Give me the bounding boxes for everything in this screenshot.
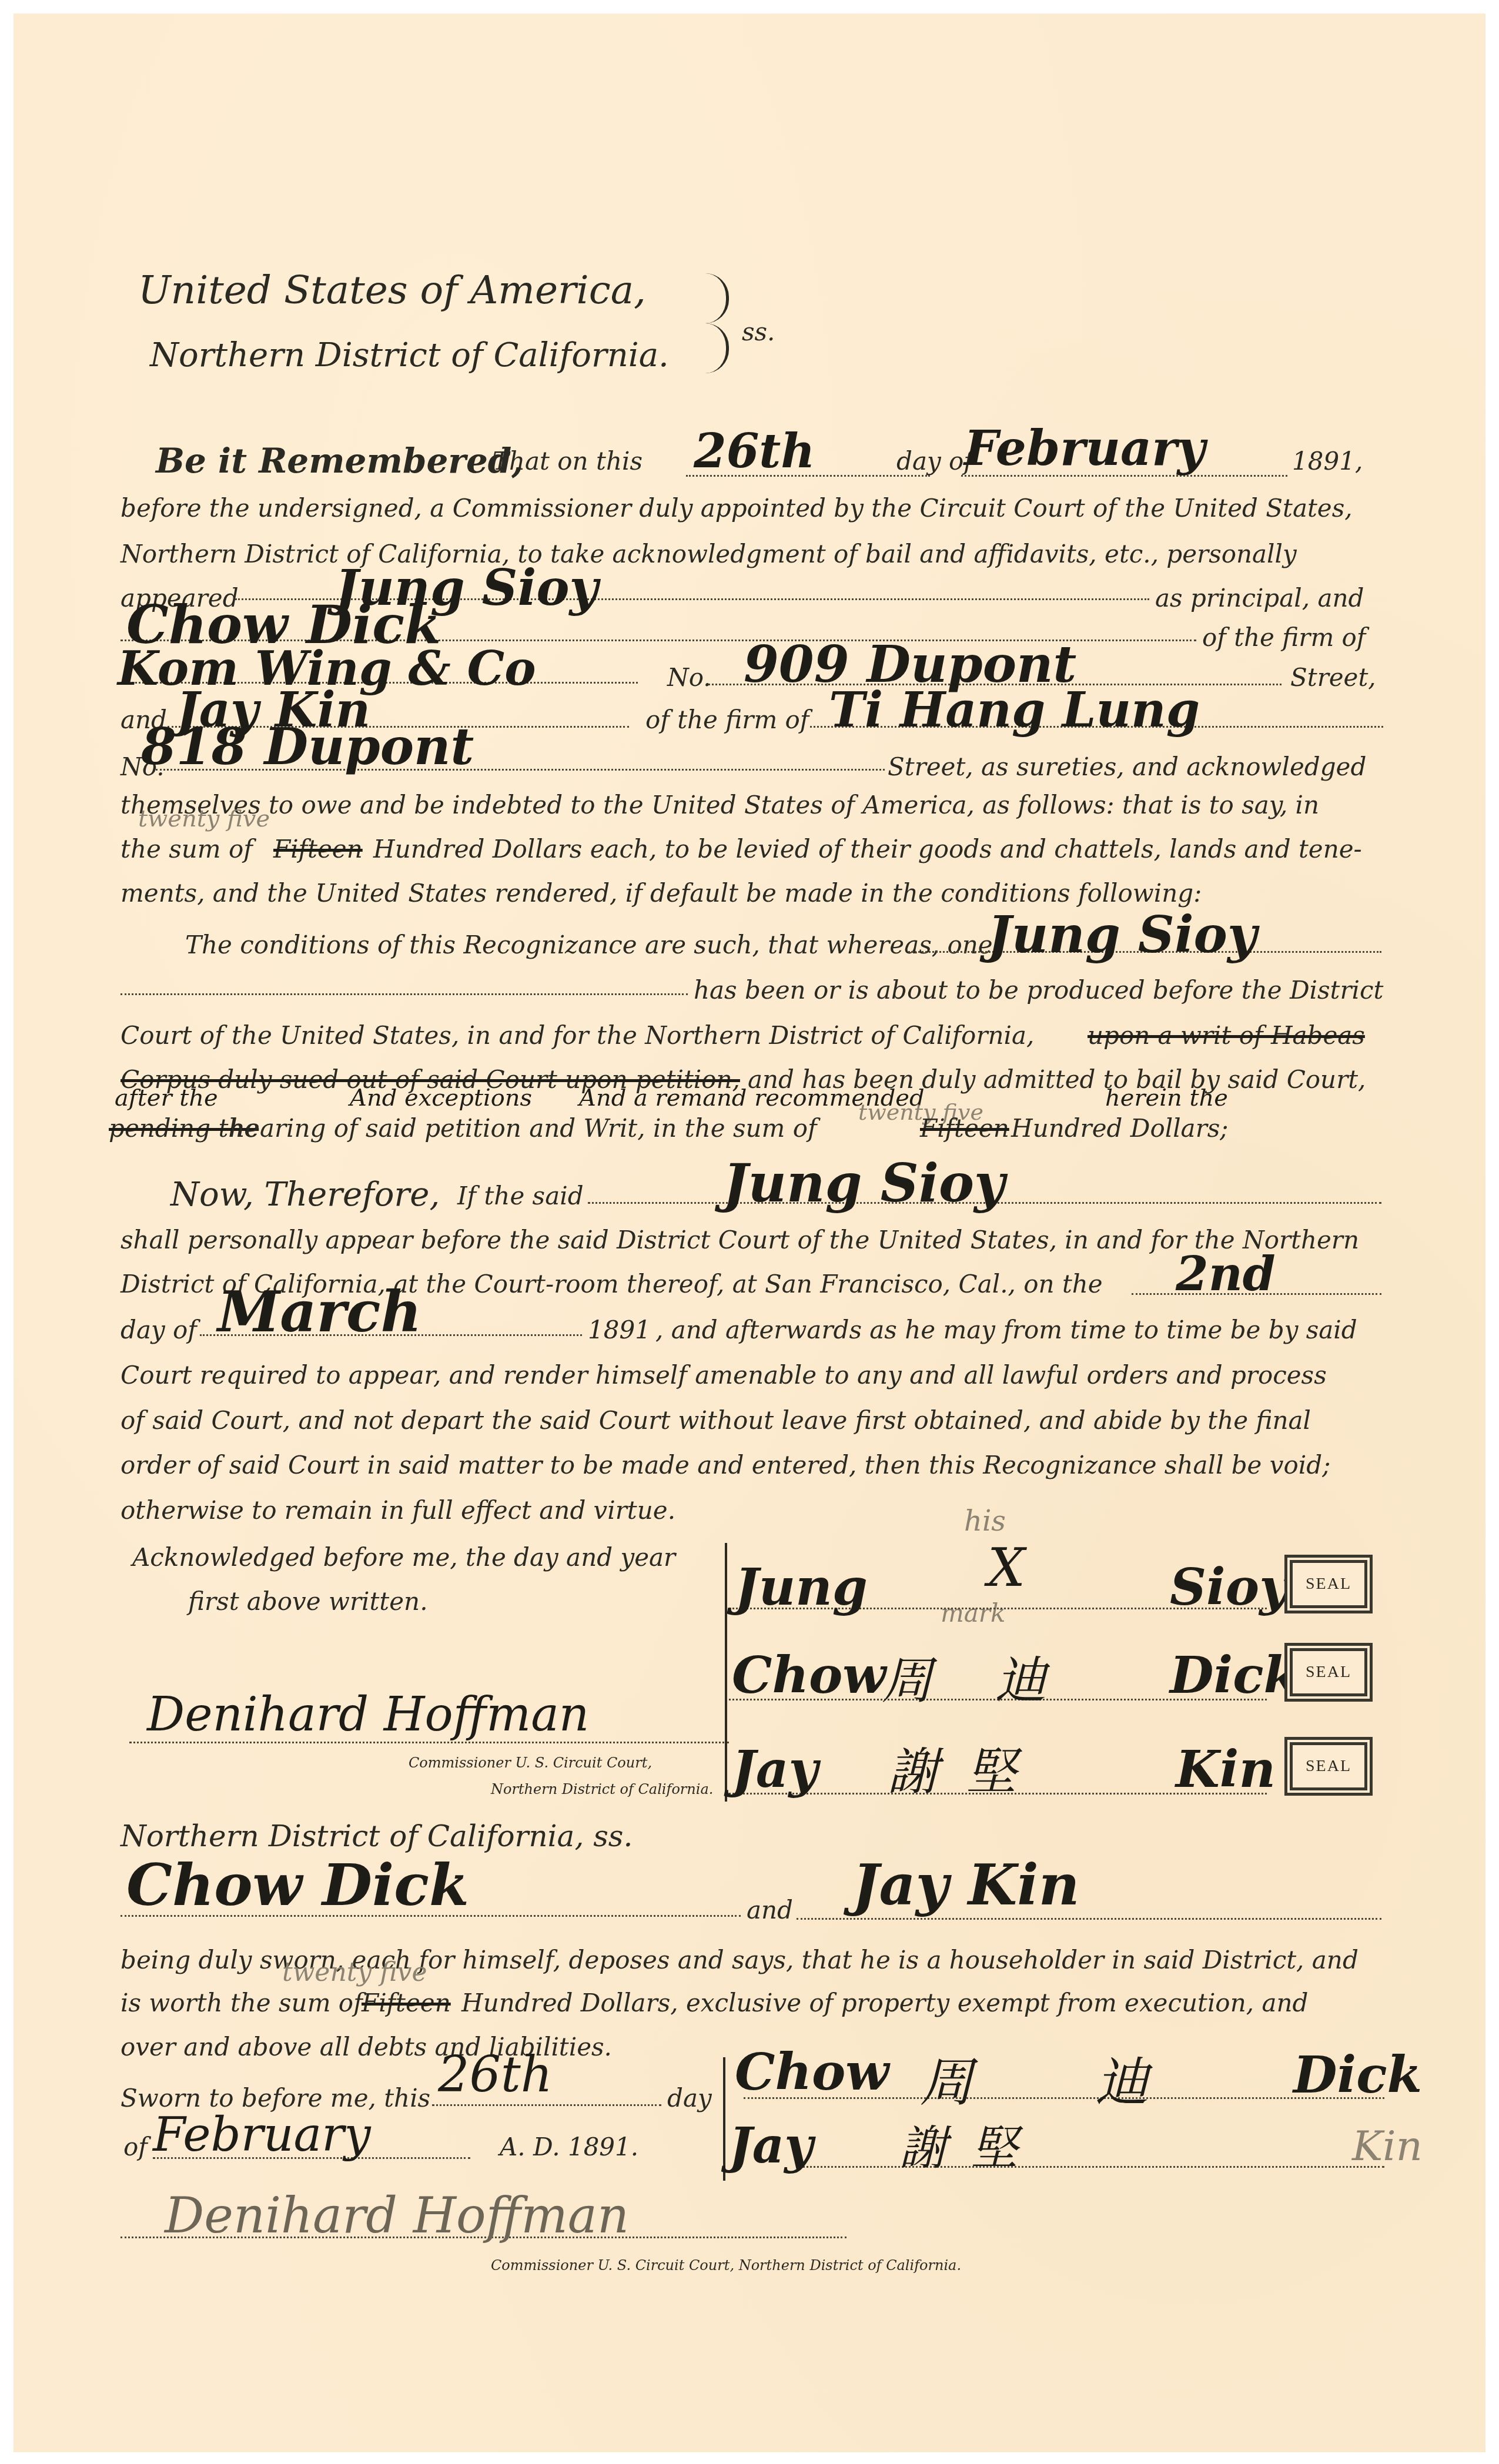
header-ss: ss.	[742, 317, 775, 346]
sworn-year: A. D. 1891.	[500, 2132, 638, 2161]
appear-year: 1891	[588, 1315, 651, 1344]
affidavit-sig2-right: Kin	[1352, 2122, 1423, 2170]
affidavit-commissioner-signature: Denihard Hoffman	[165, 2187, 629, 2244]
interlineation-herein: herein the	[1105, 1084, 1228, 1112]
street-label-1: Street,	[1290, 663, 1376, 692]
no-label-1: No.	[667, 663, 711, 692]
ack-commissioner-signature: Denihard Hoffman	[147, 1687, 589, 1742]
interlineation-after: after the	[115, 1084, 218, 1112]
affidavit-sum-inserted: twenty five	[282, 1957, 427, 1987]
sig2-chinese: 周 迪	[882, 1640, 1069, 1713]
recital-day-of: day of	[896, 447, 973, 476]
sworn-day-label: day	[667, 2084, 712, 2113]
affidavit-sig1-right: Dick	[1293, 2045, 1422, 2105]
ack-title-1: Commissioner U. S. Circuit Court,	[409, 1755, 652, 1771]
affidavit-commissioner-title: Commissioner U. S. Circuit Court, Northe…	[491, 2257, 961, 2274]
produced-line: has been or is about to be produced befo…	[694, 976, 1383, 1005]
header-line-2: Northern District of California.	[150, 336, 669, 374]
therefore-lead: Now, Therefore,	[170, 1176, 440, 1214]
recital-lead: Be it Remembered,	[156, 441, 524, 481]
sworn-of-label: of	[123, 2132, 148, 2161]
day-of-label-2: day of	[121, 1315, 197, 1344]
conditions-name-field[interactable]: Jung Sioy	[988, 905, 1257, 965]
conditions-lead: The conditions of this Recognizance are …	[185, 930, 993, 959]
ack-title-2: Northern District of California.	[491, 1781, 713, 1797]
affidavit-sig2-chinese: 謝 堅	[899, 2110, 1022, 2178]
appear-day-field[interactable]: 2nd	[1176, 1246, 1276, 1301]
seal-3: SEAL	[1284, 1737, 1373, 1796]
court-line: Court of the United States, in and for t…	[121, 1021, 1034, 1050]
therefore-line-2: shall personally appear before the said …	[121, 1226, 1359, 1254]
sig1-mark-label: mark	[941, 1599, 1005, 1628]
ack-line-1: Acknowledged before me, the day and year	[132, 1543, 675, 1572]
struck-writ: upon a writ of Habeas	[1088, 1021, 1365, 1050]
affidavit-signature-brace	[723, 2057, 725, 2181]
month-field[interactable]: February	[964, 420, 1205, 477]
seal-1: SEAL	[1284, 1555, 1373, 1613]
therefore-line-6: of said Court, and not depart the said C…	[121, 1406, 1311, 1435]
affidavit-and: and	[747, 1896, 793, 1924]
day-field[interactable]: 26th	[694, 423, 815, 478]
sworn-month-field[interactable]: February	[153, 2107, 371, 2162]
surety2-address-field[interactable]: 818 Dupont	[141, 717, 474, 776]
appear-month-field[interactable]: March	[218, 1278, 421, 1345]
seal-2: SEAL	[1284, 1643, 1373, 1702]
affidavit-sig1-left: Chow	[735, 2043, 889, 2102]
conditions-name-line-2	[121, 993, 688, 995]
affidavit-worth-prefix: is worth the sum of	[121, 1988, 363, 2017]
ments-line: ments, and the United States rendered, i…	[121, 879, 1202, 908]
sig3-chinese: 謝 堅	[888, 1731, 1022, 1804]
therefore-name-field[interactable]: Jung Sioy	[723, 1152, 1005, 1214]
sworn-day-field[interactable]: 26th	[438, 2045, 553, 2103]
affidavit-surety1-field[interactable]: Chow Dick	[126, 1852, 469, 1919]
of-the-firm-label-1: of the firm of	[1202, 623, 1366, 652]
hearing-line: hearing of said petition and Writ, in th…	[229, 1114, 817, 1143]
sig1-mark-x: X	[988, 1537, 1025, 1599]
sig3-right: Kin	[1176, 1740, 1276, 1799]
header-line-1: United States of America,	[138, 267, 646, 313]
affidavit-sig2-left: Jay	[729, 2116, 813, 2174]
affidavit-worth-rest: Hundred Dollars, exclusive of property e…	[461, 1988, 1308, 2017]
if-the-said-label: If the said	[457, 1181, 584, 1210]
street-sureties-label: Street, as sureties, and acknowledged	[888, 752, 1366, 781]
recital-line-2: before the undersigned, a Commissioner d…	[121, 494, 1353, 523]
recital-that-on-this: That on this	[493, 447, 643, 476]
as-principal-label: as principal, and	[1155, 584, 1364, 612]
recital-line-3: Northern District of California, to take…	[121, 540, 1297, 568]
sig2-right: Dick	[1170, 1646, 1299, 1705]
sum-of-label-1: the sum of	[121, 835, 253, 863]
affidavit-surety2-line	[797, 1918, 1381, 1920]
affidavit-surety2-field[interactable]: Jay Kin	[852, 1852, 1080, 1918]
ack-line-2: first above written.	[188, 1587, 428, 1616]
sig2-left: Chow	[732, 1646, 886, 1705]
ack-signature-line	[129, 1742, 729, 1743]
signature-brace	[725, 1543, 727, 1802]
sum-inserted-1: twenty five	[138, 805, 270, 832]
sig3-left: Jay	[732, 1740, 818, 1799]
affidavit-sig1-chinese: 周 迪	[920, 2040, 1202, 2116]
recital-year: 1891,	[1292, 447, 1363, 476]
sum-struck-1: Fifteen	[273, 835, 363, 863]
sig1-his: his	[964, 1505, 1006, 1538]
interlineation-exceptions: And exceptions	[350, 1084, 532, 1112]
sworn-day-line	[432, 2104, 661, 2106]
sum-rest-1: Hundred Dollars each, to be levied of th…	[373, 835, 1362, 863]
affidavit-sum-struck: Fifteen	[362, 1988, 451, 2017]
sum-rest-2: Hundred Dollars;	[1011, 1114, 1228, 1143]
sum-struck-2: Fifteen	[920, 1114, 1009, 1143]
affidavit-sig2-line	[802, 2166, 1384, 2168]
surety2-firm-field[interactable]: Ti Hang Lung	[829, 682, 1200, 738]
sig1-right: Sioy	[1170, 1558, 1289, 1617]
therefore-line-7: order of said Court in said matter to be…	[121, 1451, 1330, 1479]
therefore-line-8: otherwise to remain in full effect and v…	[121, 1496, 675, 1525]
affidavit-venue: Northern District of California, ss.	[121, 1819, 633, 1853]
owe-line: themselves to owe and be indebted to the…	[121, 791, 1319, 819]
therefore-line-4: , and afterwards as he may from time to …	[655, 1315, 1357, 1344]
therefore-line-5: Court required to appear, and render him…	[121, 1361, 1327, 1390]
sig1-left: Jung	[735, 1558, 868, 1617]
of-the-firm-label-2: of the firm of	[645, 705, 809, 734]
